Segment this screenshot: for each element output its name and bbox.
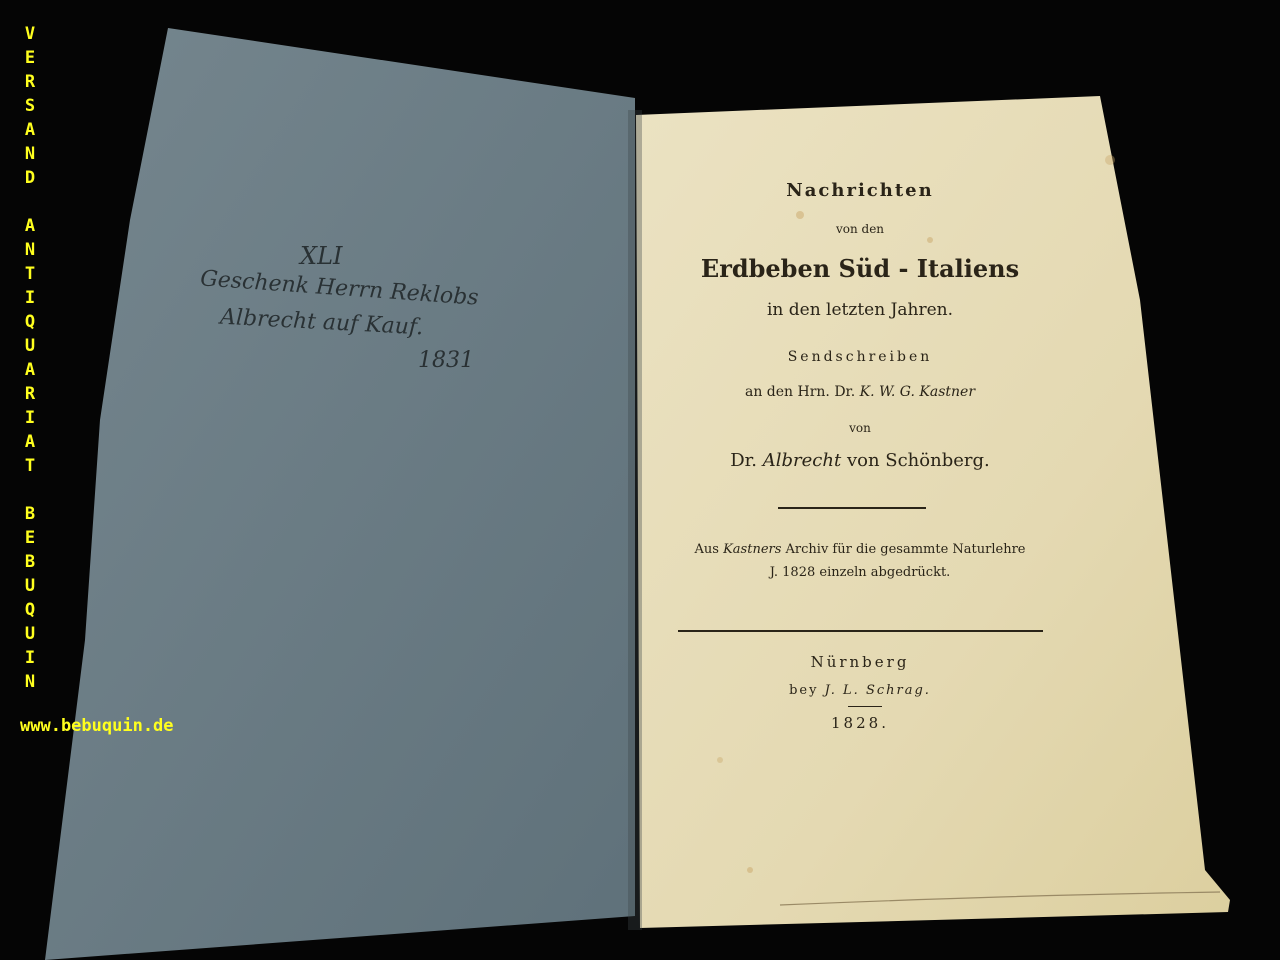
watermark-letter: U <box>18 574 42 598</box>
watermark-letter: V <box>18 22 42 46</box>
watermark-gap <box>18 190 42 214</box>
blue-paper-cover <box>0 0 1280 960</box>
watermark-letter: D <box>18 166 42 190</box>
watermark-letter: A <box>18 358 42 382</box>
von-den-text: von den <box>640 222 1080 236</box>
watermark-letter: U <box>18 334 42 358</box>
watermark-letter: N <box>18 670 42 694</box>
watermark-letter: S <box>18 94 42 118</box>
inscription-year: 1831 <box>418 348 474 373</box>
watermark-gap <box>18 478 42 502</box>
publication-year: 1828. <box>640 714 1080 732</box>
watermark-letter: B <box>18 550 42 574</box>
source-line: Aus Kastners Archiv für die gesammte Nat… <box>640 542 1080 557</box>
period-text: in den letzten Jahren. <box>640 300 1080 320</box>
watermark-url: www.bebuquin.de <box>20 716 174 736</box>
title-text: Nachrichten <box>640 180 1080 201</box>
watermark-letter: E <box>18 526 42 550</box>
author-line: Dr. Albrecht von Schönberg. <box>640 450 1080 471</box>
inscription-line: Geschenk Herrn Reklobs <box>199 266 479 310</box>
genre-text: Sendschreiben <box>640 349 1080 365</box>
subject-heading: Erdbeben Süd - Italiens <box>640 254 1080 283</box>
handwritten-inscription: XLI Geschenk Herrn Reklobs Albrecht auf … <box>200 240 620 390</box>
watermark-letter: A <box>18 118 42 142</box>
watermark-letter: I <box>18 286 42 310</box>
inscription-line: Albrecht auf Kauf. <box>219 305 423 341</box>
watermark-letter: N <box>18 238 42 262</box>
short-rule <box>848 706 882 707</box>
source-line-2: J. 1828 einzeln abgedrückt. <box>640 565 1080 580</box>
watermark-letter: B <box>18 502 42 526</box>
watermark-letter: R <box>18 70 42 94</box>
imprint-rule <box>678 630 1043 632</box>
von-text: von <box>640 421 1080 435</box>
watermark-letter: A <box>18 430 42 454</box>
watermark-letter: Q <box>18 598 42 622</box>
watermark-letter: T <box>18 262 42 286</box>
watermark-letter: N <box>18 142 42 166</box>
watermark-letter: T <box>18 454 42 478</box>
watermark-letter: I <box>18 406 42 430</box>
watermark-letter: A <box>18 214 42 238</box>
watermark-letter: R <box>18 382 42 406</box>
place-text: Nürnberg <box>640 653 1080 671</box>
watermark-letter: I <box>18 646 42 670</box>
recipient-line: an den Hrn. Dr. K. W. G. Kastner <box>640 384 1080 400</box>
ornamental-rule <box>778 507 926 509</box>
publisher-line: bey J. L. Schrag. <box>640 683 1080 698</box>
vertical-watermark: V E R S A N D A N T I Q U A R I A T B E … <box>18 22 42 694</box>
watermark-letter: U <box>18 622 42 646</box>
watermark-letter: Q <box>18 310 42 334</box>
watermark-letter: E <box>18 46 42 70</box>
inscription-shelfmark: XLI <box>300 242 343 270</box>
